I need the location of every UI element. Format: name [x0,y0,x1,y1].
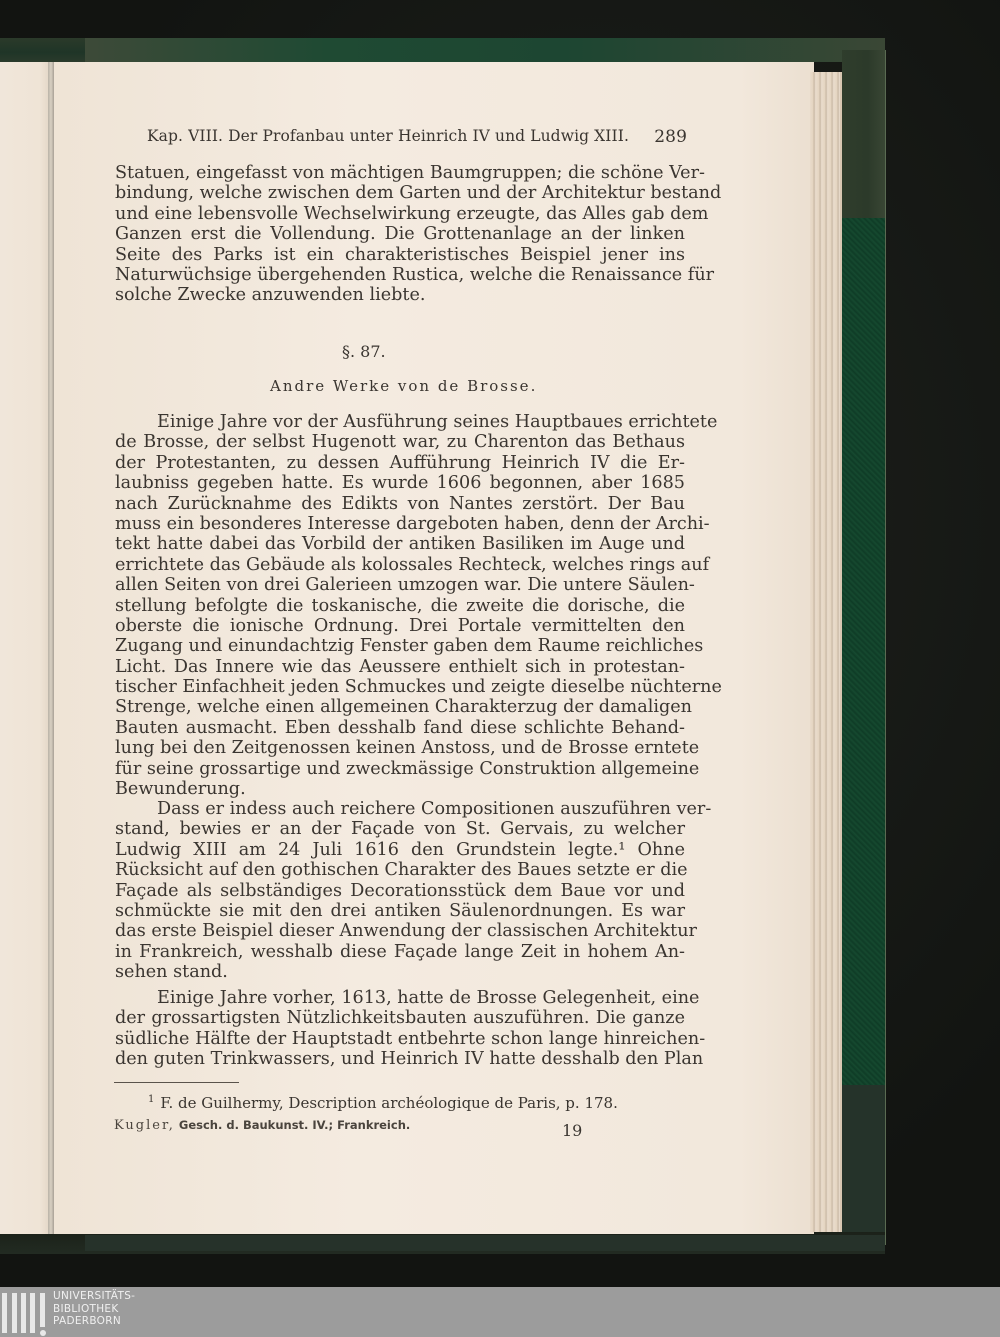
text-line: südliche Hälfte der Hauptstadt entbehrte… [115,1029,685,1049]
footnote-marker: 1 [148,1094,154,1105]
text-line: bindung, welche zwischen dem Garten und … [115,183,685,203]
footnote-rule [114,1082,239,1083]
text-line: laubniss gegeben hatte. Es wurde 1606 be… [115,473,685,493]
logo-bar [12,1293,17,1333]
book-cover-bottom-edge [0,1232,885,1254]
text-line: Einige Jahre vorher, 1613, hatte de Bros… [115,988,685,1008]
page-number: 289 [654,127,687,147]
paragraph-aqueduct: Einige Jahre vorher, 1613, hatte de Bros… [115,988,685,1070]
cover-green-leather [842,218,885,1118]
paragraph-st-gervais: Dass er indess auch reichere Composition… [115,799,685,983]
cover-leather-top [85,38,885,62]
opening-paragraph: Statuen, eingefasst von mächtigen Baumgr… [115,163,685,306]
text-line: Einige Jahre vor der Ausführung seines H… [115,412,685,432]
paragraph-charenton: Einige Jahre vor der Ausführung seines H… [115,412,685,799]
logo-bar [40,1293,45,1327]
text-line: Ludwig XIII am 24 Juli 1616 den Grundste… [115,840,685,860]
left-page-edge [0,62,50,1234]
text-line: Ganzen erst die Vollendung. Die Grottena… [115,224,685,244]
logo-bar [2,1293,7,1333]
text-line: Licht. Das Innere wie das Aeussere enthi… [115,657,685,677]
logo-line: BIBLIOTHEK [53,1303,135,1316]
text-line: Bauten ausmacht. Eben desshalb fand dies… [115,718,685,738]
book-cover-right-edge [842,50,886,1245]
text-line: Naturwüchsige übergehenden Rustica, welc… [115,265,685,285]
footnote-text: F. de Guilhermy, Description archéologiq… [160,1094,617,1112]
text-line: schmückte sie mit den drei antiken Säule… [115,901,685,921]
text-line: stand, bewies er an der Façade von St. G… [115,819,685,839]
text-line: Rücksicht auf den gothischen Charakter d… [115,860,685,880]
text-line: der Protestanten, zu dessen Aufführung H… [115,453,685,473]
sheet-number: 19 [562,1121,582,1140]
footnote: 1F. de Guilhermy, Description archéologi… [148,1094,618,1112]
text-line: tekt hatte dabei das Vorbild der antiken… [115,534,685,554]
text-line: allen Seiten von drei Galerieen umzogen … [115,575,685,595]
text-line: für seine grossartige und zweckmässige C… [115,759,685,779]
text-line: nach Zurücknahme des Edikts von Nantes z… [115,494,685,514]
logo-line: UNIVERSITÄTS- [53,1290,135,1303]
signature-author: Kugler, [114,1118,175,1133]
library-footer-bar [0,1287,1000,1337]
running-head: Kap. VIII. Der Profanbau unter Heinrich … [147,127,687,151]
library-logo-text: UNIVERSITÄTS- BIBLIOTHEK PADERBORN [53,1290,135,1328]
cover-band-bottom [85,1235,885,1251]
book-cover-top-edge [0,38,885,62]
text-line: lung bei den Zeitgenossen keinen Anstoss… [115,738,685,758]
text-line: und eine lebensvolle Wechselwirkung erze… [115,204,685,224]
text-line: errichtete das Gebäude als kolossales Re… [115,555,685,575]
text-line: Zugang und einundachtzig Fenster gaben d… [115,636,685,656]
text-line: Bewunderung. [115,779,685,799]
text-line: Seite des Parks ist ein charakteristisch… [115,245,685,265]
text-line: Strenge, welche einen allgemeinen Charak… [115,697,685,717]
logo-dot [40,1330,46,1336]
text-line: oberste die ionische Ordnung. Drei Porta… [115,616,685,636]
section-number-text: §. 87. [342,342,386,361]
page-stack-edges [810,72,842,1232]
section-title: Andre Werke von de Brosse. [270,377,537,395]
text-line: solche Zwecke anzuwenden liebte. [115,285,685,305]
text-line: sehen stand. [115,962,685,982]
signature-work: Gesch. d. Baukunst. IV.; Frankreich. [175,1118,410,1132]
text-line: den guten Trinkwassers, und Heinrich IV … [115,1049,685,1069]
text-line: Dass er indess auch reichere Composition… [115,799,685,819]
text-line: muss ein besonderes Interesse dargeboten… [115,514,685,534]
cover-lower-corner [842,1085,885,1245]
text-line: Façade als selbständiges Decorationsstüc… [115,881,685,901]
text-line: in Frankreich, wesshalb diese Façade lan… [115,942,685,962]
logo-line: PADERBORN [53,1315,135,1328]
logo-bar [21,1293,26,1333]
logo-bar [30,1293,35,1333]
signature-line: Kugler, Gesch. d. Baukunst. IV.; Frankre… [114,1118,410,1133]
text-line: stellung befolgte die toskanische, die z… [115,596,685,616]
running-head-title: Kap. VIII. Der Profanbau unter Heinrich … [147,127,629,145]
text-line: de Brosse, der selbst Hugenott war, zu C… [115,432,685,452]
text-line: das erste Beispiel dieser Anwendung der … [115,921,685,941]
text-line: der grossartigsten Nützlichkeitsbauten a… [115,1008,685,1028]
text-line: tischer Einfachheit jeden Schmuckes und … [115,677,685,697]
library-logo-icon [2,1290,46,1335]
text-line: Statuen, eingefasst von mächtigen Baumgr… [115,163,685,183]
